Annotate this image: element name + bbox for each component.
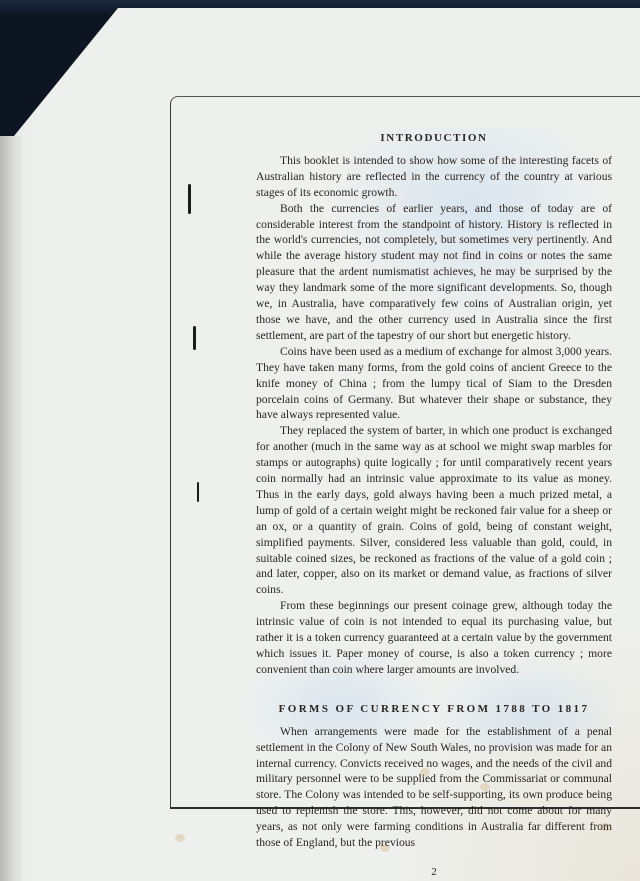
page-number: 2 (256, 865, 612, 881)
binding-mark (193, 326, 196, 350)
paragraph: Coins have been used as a medium of exch… (256, 344, 612, 424)
paragraph: This booklet is intended to show how som… (256, 153, 612, 201)
binding-mark (197, 482, 199, 502)
paragraph: They replaced the system of barter, in w… (256, 423, 612, 598)
paragraph: Both the currencies of earlier years, an… (256, 201, 612, 344)
paragraph: From these beginnings our present coinag… (256, 598, 612, 678)
section-heading-forms-of-currency: FORMS OF CURRENCY FROM 1788 TO 1817 (256, 702, 612, 718)
page-fold-edge (0, 136, 22, 881)
binding-mark (188, 184, 191, 214)
text-column: INTRODUCTION This booklet is intended to… (256, 131, 612, 881)
section-heading-introduction: INTRODUCTION (256, 131, 612, 147)
foxing-spot (175, 834, 185, 842)
paragraph: When arrangements were made for the esta… (256, 724, 612, 851)
